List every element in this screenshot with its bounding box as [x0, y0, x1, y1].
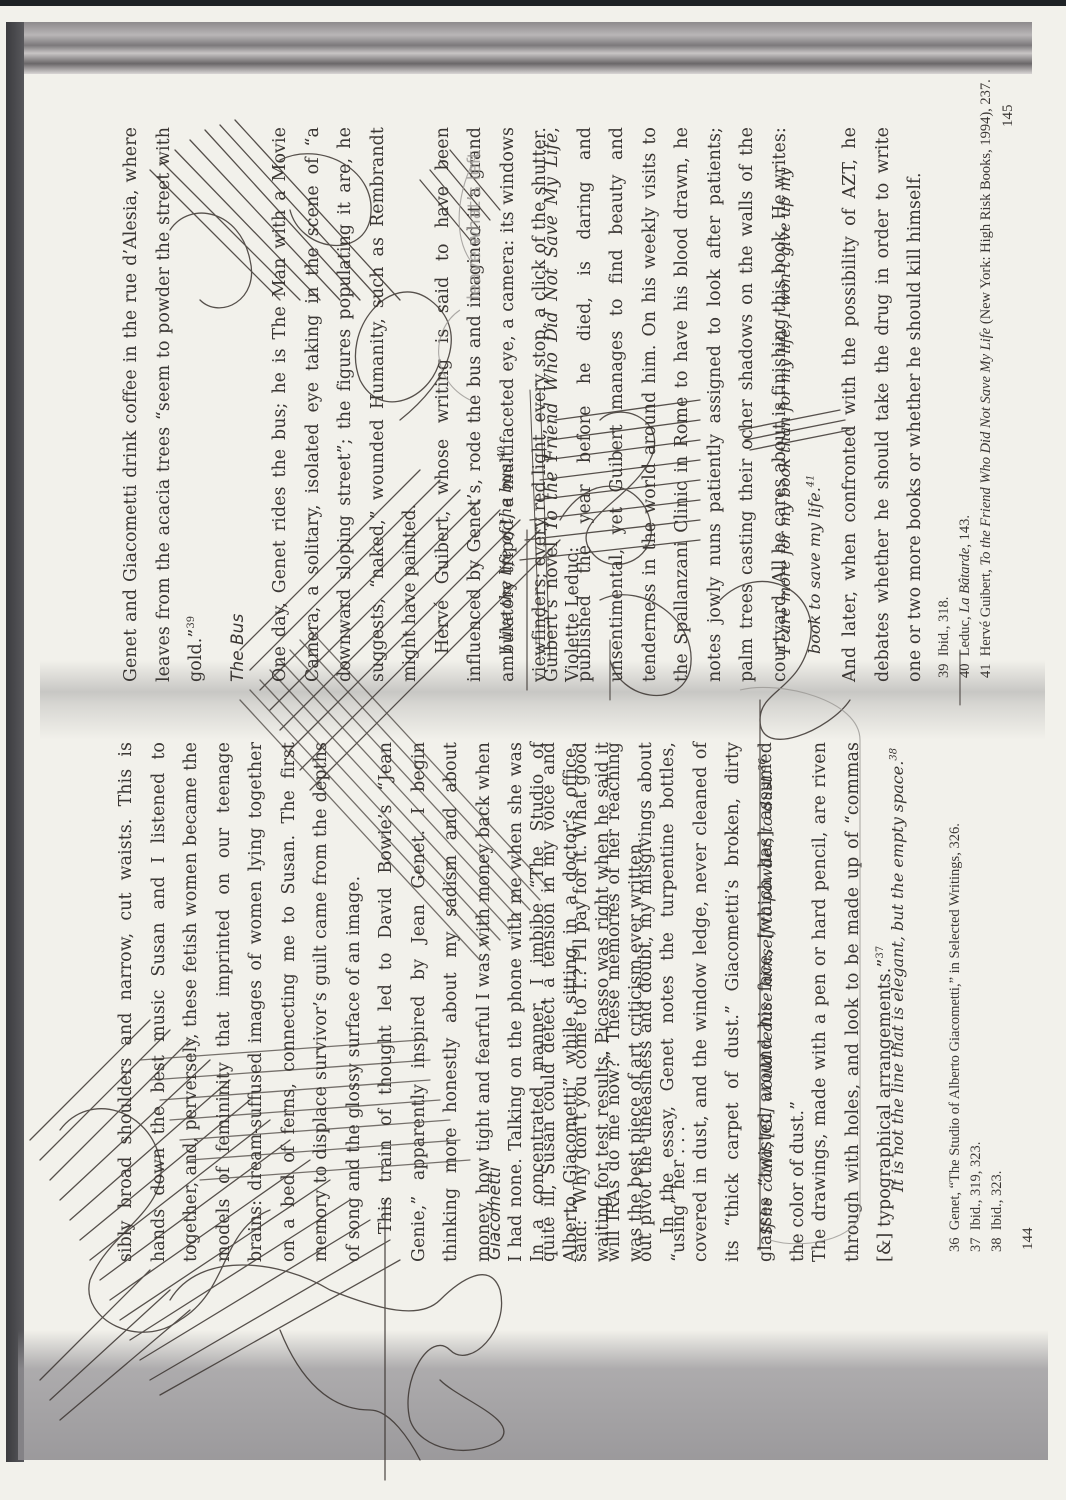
book-spread: sibly broad shoulders and narrow, cut wa…	[22, 22, 1045, 1462]
footnote: 36 Genet, “The Studio of Alberto Giacome…	[945, 823, 966, 1252]
footnote: 37 Ibid., 319, 323.	[966, 823, 987, 1252]
paragraph: In the essay, Genet notes the turpentine…	[652, 742, 815, 1262]
section-heading-the-bus: The Bus	[228, 614, 248, 682]
paragraph: Guibert’s novel To the Friend Who Did No…	[536, 127, 796, 682]
footnote: 40 Leduc, La Bâtarde, 143.	[955, 79, 976, 678]
block-quote: If he could, [G.] would reduce himself t…	[757, 758, 776, 1234]
left-page: sibly broad shoulders and narrow, cut wa…	[22, 732, 1045, 1262]
right-page: Genet and Giacometti drink coffee in the…	[22, 102, 1045, 682]
footnote: 38 Ibid., 323.	[987, 823, 1008, 1252]
footnote: 41 Hervé Guibert, To the Friend Who Did …	[976, 79, 997, 678]
footnotes: 36 Genet, “The Studio of Alberto Giacome…	[945, 823, 1008, 1252]
left-page-body-3: The drawings, made with a pen or hard pe…	[804, 742, 902, 1262]
right-page-body-3: Guibert’s novel To the Friend Who Did No…	[536, 127, 796, 682]
paragraph: One day, Genet rides the bus; he is The …	[264, 127, 427, 682]
paragraph: sibly broad shoulders and narrow, cut wa…	[110, 742, 370, 1262]
footnotes: 39 Ibid., 318. 40 Leduc, La Bâtarde, 143…	[934, 79, 997, 678]
bottom-shadow	[18, 1330, 1048, 1460]
block-quote: I live the life of the bus.40	[496, 446, 515, 652]
paragraph: Genet and Giacometti drink coffee in the…	[115, 127, 213, 682]
footnote: 39 Ibid., 318.	[934, 79, 955, 678]
paragraph: And later, when confronted with the poss…	[834, 127, 932, 682]
page-number: 144	[1020, 1228, 1037, 1251]
block-quote: I care more for my book than for my life…	[770, 134, 830, 654]
paragraph: The drawings, made with a pen or hard pe…	[804, 742, 902, 1262]
paragraph: In a concentrated manner, I imbibe “The …	[522, 742, 652, 1262]
section-heading-giacometti: Giacometti	[485, 1167, 505, 1260]
scan-top-edge	[0, 0, 1066, 6]
block-quote: It is not the line that is elegant, but …	[888, 748, 907, 1192]
right-page-body-4: And later, when confronted with the poss…	[834, 127, 932, 682]
page-number: 145	[1000, 105, 1017, 128]
right-page-body: Genet and Giacometti drink coffee in the…	[115, 127, 213, 682]
